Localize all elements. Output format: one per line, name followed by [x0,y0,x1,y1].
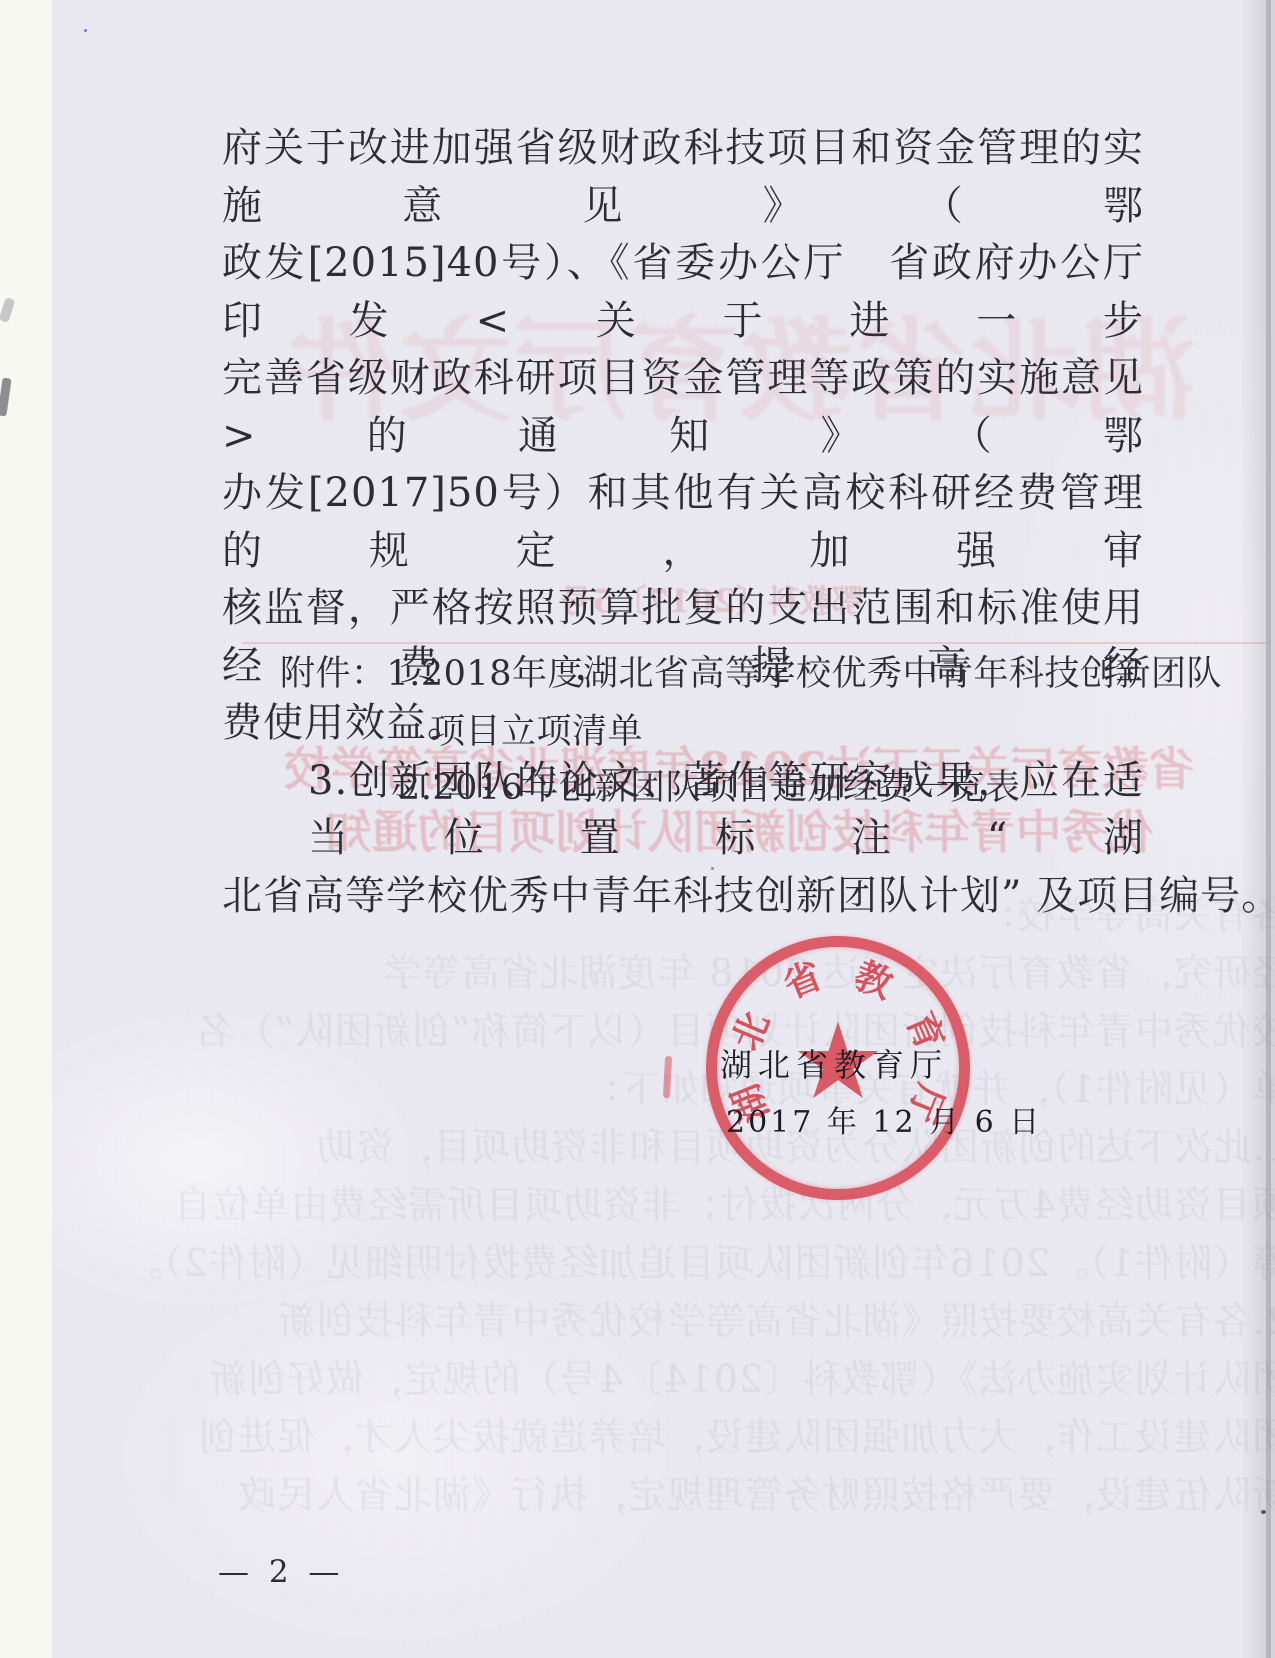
signature-organization: 湖北省教育厅 [720,1040,948,1086]
dust-speck [711,867,714,870]
bleedthrough-line: 筹（附件1）。2016年创新团队项目追加经费拨付明细见（附件2）。 [238,1232,1275,1287]
bleedthrough-line: 各有关高等学校： [238,884,1275,939]
scanned-document: 湖北省教育厅文件 鄂教科〔2017〕5号 省教育厅关于下达2018年度湖北省高等… [0,0,1275,1658]
body-line: 办发[2017]50号）和其他有关高校科研经费管理的规定，加强审 [222,465,1144,580]
bleedthrough-line: 新队伍建设，要严格按照财务管理规定，执行《湖北省人民政 [238,1464,1275,1519]
body-line: 府关于改进加强省级财政科技项目和资金管理的实施意见》（鄂 [222,120,1144,235]
body-line: 费使用效益。 [222,695,1144,753]
body-line: 政发[2015]40号）、《省委办公厅 省政府办公厅印发<关于进一步 [222,235,1144,350]
scanner-margin [0,0,53,1658]
ink-speck [84,29,87,32]
body-line: 完善省级财政科研项目资金管理等政策的实施意见>的通知》（鄂 [222,350,1144,465]
page-number: — 2 — [218,1554,344,1590]
attachment-label-line: 附件：1.2018年度湖北省高等学校优秀中青年科技创新团队 [280,646,1222,696]
attachment-continuation-line: 项目立项清单 [430,704,643,754]
bleedthrough-line: 团队计划实施办法》（鄂教科〔2014〕4号）的规定，做好创新 [238,1348,1275,1403]
bleedthrough-line: 团队建设工作，大力加强团队建设，培养造就拔尖人才，促进创 [238,1406,1275,1461]
signature-date: 2017 年 12 月 6 日 [726,1097,1042,1141]
bleedthrough-line: 2.各有关高校要按照《湖北省高等学校优秀中青年科技创新 [238,1290,1275,1345]
attachment-second-item: 2.2016年创新团队项目追加经费一览表 [398,760,1020,810]
